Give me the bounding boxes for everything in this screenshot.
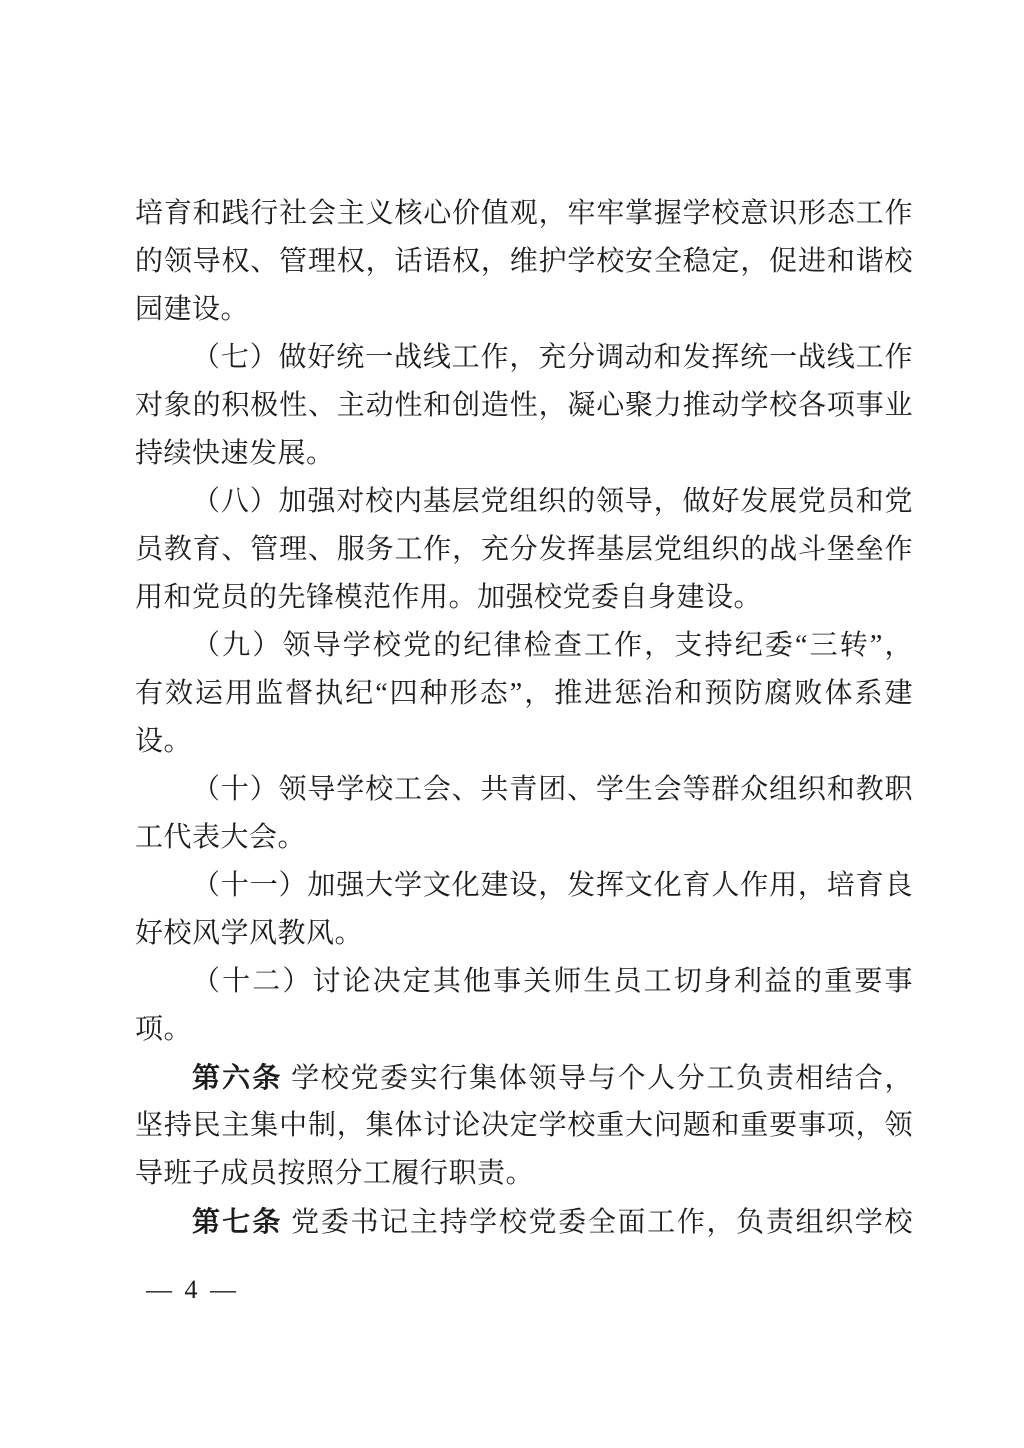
text-run: 党委书记主持学校党委全面工作，负责组织学校 [283, 1207, 913, 1238]
para-item-9: （九）领导学校党的纪律检查工作，支持纪委“三转”，有效运用监督执纪“四种形态”，… [135, 622, 913, 766]
text-run: 用和党员的先锋模范作用。加强校党委自身建设。 [135, 582, 762, 613]
document-body: 培育和践行社会主义核心价值观，牢牢掌握学校意识形态工作的领导权、管理权，话语权，… [135, 190, 913, 1246]
text-run: （十二）讨论决定其他事关师生员工切身利益的重要事 [192, 966, 913, 997]
text-run: 培育和践行社会主义核心价值观，牢牢掌握学校意识形态工作 [135, 198, 913, 229]
text-run: 有效运用监督执纪“四种形态”，推进惩治和预防腐败体系建 [135, 678, 913, 709]
article-number-bold: 第七条 [192, 1206, 283, 1237]
para-continuation-ideology: 培育和践行社会主义核心价值观，牢牢掌握学校意识形态工作的领导权、管理权，话语权，… [135, 190, 913, 334]
text-line: （八）加强对校内基层党组织的领导，做好发展党员和党 [135, 478, 913, 526]
text-line: 第七条 党委书记主持学校党委全面工作，负责组织学校 [135, 1198, 913, 1246]
para-item-10: （十）领导学校工会、共青团、学生会等群众组织和教职工代表大会。 [135, 766, 913, 862]
text-line: 培育和践行社会主义核心价值观，牢牢掌握学校意识形态工作 [135, 190, 913, 238]
text-line: 的领导权、管理权，话语权，维护学校安全稳定，促进和谐校 [135, 238, 913, 286]
text-line: （十一）加强大学文化建设，发挥文化育人作用，培育良 [135, 862, 913, 910]
text-run: （十）领导学校工会、共青团、学生会等群众组织和教职 [192, 774, 913, 805]
text-line: 坚持民主集中制，集体讨论决定学校重大问题和重要事项，领 [135, 1102, 913, 1150]
text-line: 园建设。 [135, 286, 913, 334]
text-line: （七）做好统一战线工作，充分调动和发挥统一战线工作 [135, 334, 913, 382]
text-line: （十二）讨论决定其他事关师生员工切身利益的重要事 [135, 958, 913, 1006]
para-article-7: 第七条 党委书记主持学校党委全面工作，负责组织学校 [135, 1198, 913, 1246]
article-number-bold: 第六条 [192, 1062, 283, 1093]
text-run: 设。 [135, 726, 192, 757]
text-line: 好校风学风教风。 [135, 910, 913, 958]
document-page: 培育和践行社会主义核心价值观，牢牢掌握学校意识形态工作的领导权、管理权，话语权，… [0, 0, 1024, 1448]
text-line: 对象的积极性、主动性和创造性，凝心聚力推动学校各项事业 [135, 382, 913, 430]
para-item-8: （八）加强对校内基层党组织的领导，做好发展党员和党员教育、管理、服务工作，充分发… [135, 478, 913, 622]
text-line: 员教育、管理、服务工作，充分发挥基层党组织的战斗堡垒作 [135, 526, 913, 574]
text-line: （十）领导学校工会、共青团、学生会等群众组织和教职 [135, 766, 913, 814]
para-item-12: （十二）讨论决定其他事关师生员工切身利益的重要事项。 [135, 958, 913, 1054]
text-run: （八）加强对校内基层党组织的领导，做好发展党员和党 [192, 486, 913, 517]
text-run: 坚持民主集中制，集体讨论决定学校重大问题和重要事项，领 [135, 1110, 913, 1141]
text-line: 用和党员的先锋模范作用。加强校党委自身建设。 [135, 574, 913, 622]
text-run: 好校风学风教风。 [135, 918, 363, 949]
para-article-6: 第六条 学校党委实行集体领导与个人分工负责相结合，坚持民主集中制，集体讨论决定学… [135, 1054, 913, 1198]
text-run: 学校党委实行集体领导与个人分工负责相结合， [283, 1063, 913, 1094]
text-line: 项。 [135, 1006, 913, 1054]
text-run: 持续快速发展。 [135, 438, 335, 469]
para-item-11: （十一）加强大学文化建设，发挥文化育人作用，培育良好校风学风教风。 [135, 862, 913, 958]
text-run: 导班子成员按照分工履行职责。 [135, 1158, 534, 1189]
text-line: （九）领导学校党的纪律检查工作，支持纪委“三转”， [135, 622, 913, 670]
text-run: （十一）加强大学文化建设，发挥文化育人作用，培育良 [192, 870, 913, 901]
text-run: 园建设。 [135, 294, 249, 325]
text-run: 工代表大会。 [135, 822, 306, 853]
page-number: — 4 — [146, 1272, 239, 1308]
text-line: 持续快速发展。 [135, 430, 913, 478]
text-run: 员教育、管理、服务工作，充分发挥基层党组织的战斗堡垒作 [135, 534, 913, 565]
text-line: 设。 [135, 718, 913, 766]
text-run: （九）领导学校党的纪律检查工作，支持纪委“三转”， [192, 630, 913, 661]
para-item-7: （七）做好统一战线工作，充分调动和发挥统一战线工作对象的积极性、主动性和创造性，… [135, 334, 913, 478]
text-line: 第六条 学校党委实行集体领导与个人分工负责相结合， [135, 1054, 913, 1102]
text-run: 项。 [135, 1014, 192, 1045]
text-line: 工代表大会。 [135, 814, 913, 862]
text-line: 导班子成员按照分工履行职责。 [135, 1150, 913, 1198]
text-line: 有效运用监督执纪“四种形态”，推进惩治和预防腐败体系建 [135, 670, 913, 718]
text-run: （七）做好统一战线工作，充分调动和发挥统一战线工作 [192, 342, 913, 373]
text-run: 对象的积极性、主动性和创造性，凝心聚力推动学校各项事业 [135, 390, 913, 421]
text-run: 的领导权、管理权，话语权，维护学校安全稳定，促进和谐校 [135, 246, 913, 277]
